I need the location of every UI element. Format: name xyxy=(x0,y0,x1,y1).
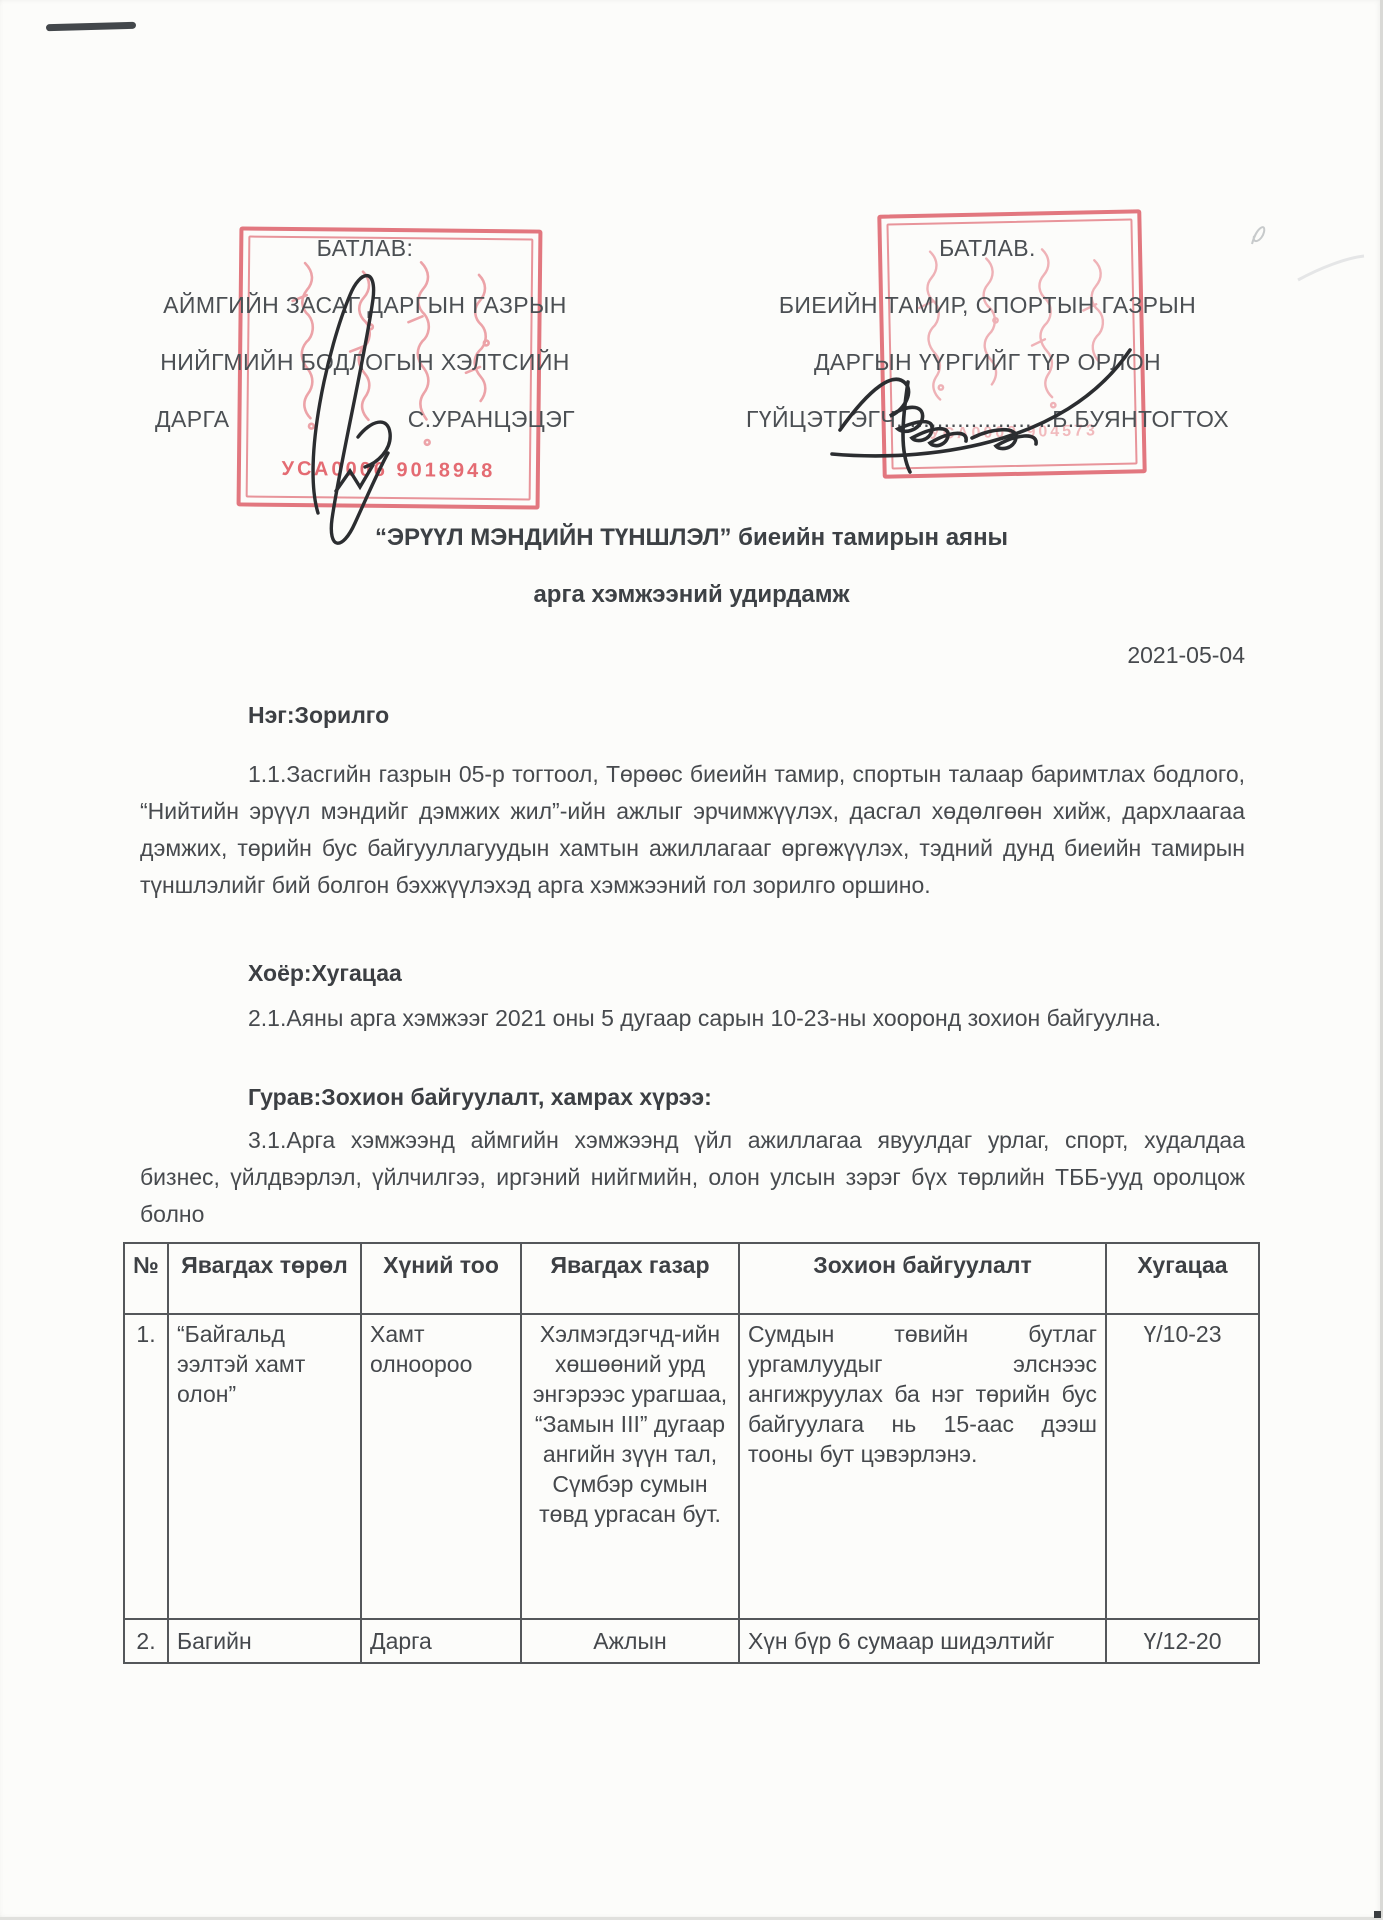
section-three-body: 3.1.Арга хэмжээнд аймгийн хэмжээнд үйл а… xyxy=(140,1122,1245,1233)
section-three-heading: Гурав:Зохион байгуулалт, хамрах хүрээ: xyxy=(248,1084,712,1111)
row2-people: Дарга xyxy=(361,1619,521,1663)
row2-no: 2. xyxy=(124,1619,168,1663)
approval-right-heading: БАТЛАВ. xyxy=(725,236,1250,260)
section-one-heading: Нэг:Зорилго xyxy=(248,702,389,729)
approval-right-signature-line: ГҮЙЦЭТГЭГЧ.......................Б.БУЯНТ… xyxy=(725,407,1250,431)
approval-left-org-line2: НИЙГМИЙН БОДЛОГЫН ХЭЛТСИЙН xyxy=(95,350,635,374)
approval-left-heading: БАТЛАВ: xyxy=(95,236,635,260)
table-header-row: № Явагдах төрөл Хүний тоо Явагдах газар … xyxy=(124,1243,1259,1314)
row2-place: Ажлын xyxy=(521,1619,739,1663)
col-header-organization: Зохион байгуулалт xyxy=(739,1243,1106,1314)
col-header-place: Явагдах газар xyxy=(521,1243,739,1314)
document-date: 2021-05-04 xyxy=(103,642,1245,669)
approval-block-left: БАТЛАВ: АЙМГИЙН ЗАСАГ ДАРГЫН ГАЗРЫН НИЙГ… xyxy=(95,236,635,464)
scanned-document-page: УСА0006 9018948 УСА0009 904573 БАТЛАВ: А… xyxy=(0,0,1383,1920)
row1-no: 1. xyxy=(124,1314,168,1619)
approval-left-org-line1: АЙМГИЙН ЗАСАГ ДАРГЫН ГАЗРЫН xyxy=(95,293,635,317)
col-header-type: Явагдах төрөл xyxy=(168,1243,361,1314)
section-one-body: 1.1.Засгийн газрын 05-р тогтоол, Төрөөс … xyxy=(140,756,1245,904)
row2-organization: Хүн бүр 6 сумаар шидэлтийг xyxy=(739,1619,1106,1663)
section-two-body: 2.1.Аяны арга хэмжээг 2021 оны 5 дугаар … xyxy=(140,1000,1245,1037)
row1-people: Хамт олноороо xyxy=(361,1314,521,1619)
section-two-heading: Хоёр:Хугацаа xyxy=(248,960,402,987)
approval-right-org-line1: БИЕИЙН ТАМИР, СПОРТЫН ГАЗРЫН xyxy=(725,293,1250,317)
table-row: 2. Багийн Дарга Ажлын Хүн бүр 6 сумаар ш… xyxy=(124,1619,1259,1663)
document-title-line1: “ЭРҮҮЛ МЭНДИЙН ТҮНШЛЭЛ” биеийн тамирын а… xyxy=(100,524,1283,552)
col-header-no: № xyxy=(124,1243,168,1314)
faint-smudge-mark xyxy=(1290,248,1370,288)
row2-type: Багийн xyxy=(168,1619,361,1663)
approval-left-signer: С.УРАНЦЭЦЭГ xyxy=(408,407,575,431)
document-title-line2: арга хэмжээний удирдамж xyxy=(100,581,1283,609)
row1-type: “Байгальд ээлтэй хамт олон” xyxy=(168,1314,361,1619)
approval-left-role: ДАРГА xyxy=(155,407,230,431)
col-header-time: Хугацаа xyxy=(1106,1243,1259,1314)
approval-left-signature-line: ДАРГА С.УРАНЦЭЦЭГ xyxy=(155,407,575,431)
scan-corner-artifact xyxy=(1374,1911,1381,1918)
table-row: 1. “Байгальд ээлтэй хамт олон” Хамт олно… xyxy=(124,1314,1259,1619)
activity-table: № Явагдах төрөл Хүний тоо Явагдах газар … xyxy=(123,1242,1260,1664)
approval-right-org-line2: ДАРГЫН ҮҮРГИЙГ ТҮР ОРЛОН xyxy=(725,350,1250,374)
approval-block-right: БАТЛАВ. БИЕИЙН ТАМИР, СПОРТЫН ГАЗРЫН ДАР… xyxy=(725,236,1250,464)
row1-time: Ү/10-23 xyxy=(1106,1314,1259,1619)
row2-time: Ү/12-20 xyxy=(1106,1619,1259,1663)
row1-place: Хэлмэгдэгчд-ийн хөшөөний урд энгэрээс ур… xyxy=(521,1314,739,1619)
scan-artifact-mark xyxy=(46,22,136,32)
col-header-people: Хүний тоо xyxy=(361,1243,521,1314)
row1-organization: Сумдын төвийн бутлаг ургамлуудыг элснээс… xyxy=(739,1314,1106,1619)
